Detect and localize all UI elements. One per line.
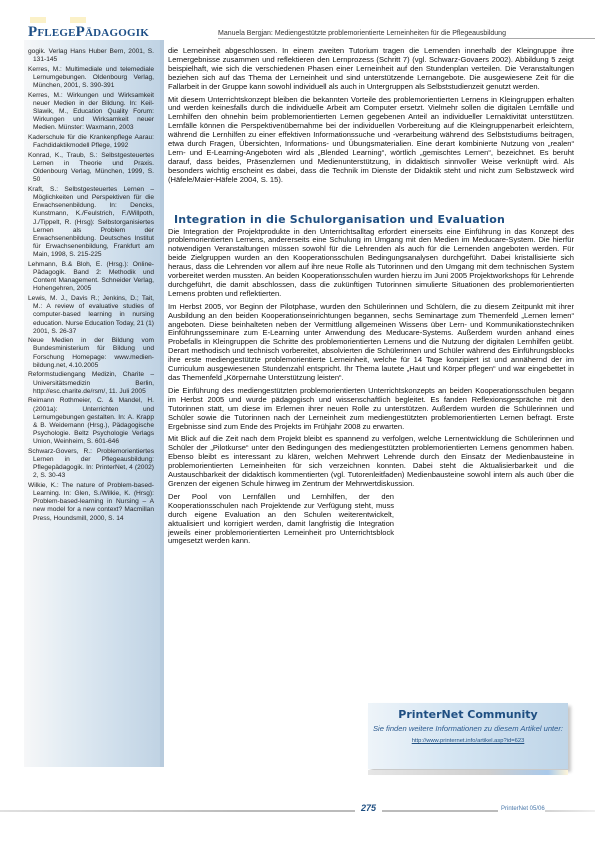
reference-item: Kaderschule für die Krankenpflege Aarau:… — [28, 134, 154, 150]
reference-item: Schwarz-Govers, R.: Problemorientiertes … — [28, 448, 154, 481]
reference-item: Reformstudiengang Medizin, Charite – Uni… — [28, 371, 154, 395]
logo-accent — [30, 17, 46, 23]
reference-item: Kerres, M.: Multimediale und telemediale… — [28, 66, 154, 90]
community-text: Sie finden weitere Informationen zu dies… — [368, 724, 568, 733]
reference-item: Kraft, S.: Selbstgesteuertes Lernen – Mö… — [28, 186, 154, 259]
section-heading: Integration in die Schulorganisation und… — [174, 216, 574, 225]
reference-item: Wilkie, K.: The nature of Problem-based-… — [28, 482, 154, 523]
reference-item: Lehmann, B.& Bloh, E. (Hrsg.): Online-Pä… — [28, 261, 154, 294]
community-box: PrinterNet Community Sie finden weitere … — [368, 703, 568, 769]
body-paragraph: Der Pool von Lernfällen und Lernhilfen, … — [168, 493, 394, 546]
reference-item: gogik. Verlag Hans Huber Bern, 2001, S. … — [28, 48, 154, 64]
reference-item: Neue Medien in der Bildung vom Bundesmin… — [28, 337, 154, 370]
issue-label: PrinterNet 05/06 — [498, 806, 545, 812]
running-head: Manuela Bergjan: Mediengestützte problem… — [218, 30, 595, 39]
decorative-strip — [368, 770, 568, 775]
logo-accent — [70, 17, 86, 23]
article-body: die Lerneinheit abgeschlossen. In einem … — [168, 47, 574, 550]
reference-item: Konrad, K., Traub, S.: Selbstgesteuertes… — [28, 152, 154, 185]
reference-list: gogik. Verlag Hans Huber Bern, 2001, S. … — [28, 48, 154, 524]
reference-item: Reimann Rothmeier, C. & Mandel, H. (2001… — [28, 397, 154, 446]
body-paragraph: Die Integration der Projektprodukte in d… — [168, 228, 574, 299]
page-number: 275 — [355, 803, 382, 813]
body-paragraph: Mit diesem Unterrichtskonzept bleiben di… — [168, 96, 574, 185]
journal-logo: PflegePädagogik — [28, 24, 149, 41]
reference-item: Lewis, M. J., Davis R.; Jenkins, D.; Tai… — [28, 295, 154, 336]
community-title: PrinterNet Community — [368, 708, 568, 721]
body-paragraph: Mit Blick auf die Zeit nach dem Projekt … — [168, 435, 574, 488]
body-paragraph: die Lerneinheit abgeschlossen. In einem … — [168, 47, 574, 92]
body-paragraph: Im Herbst 2005, vor Beginn der Pilotphas… — [168, 303, 574, 383]
community-link[interactable]: http://www.printernet.info/artikel.asp?i… — [368, 738, 568, 744]
reference-item: Kerres, M.: Wirkungen und Wirksamkeit ne… — [28, 92, 154, 133]
body-paragraph: Die Einführung des mediengestützten prob… — [168, 387, 574, 432]
